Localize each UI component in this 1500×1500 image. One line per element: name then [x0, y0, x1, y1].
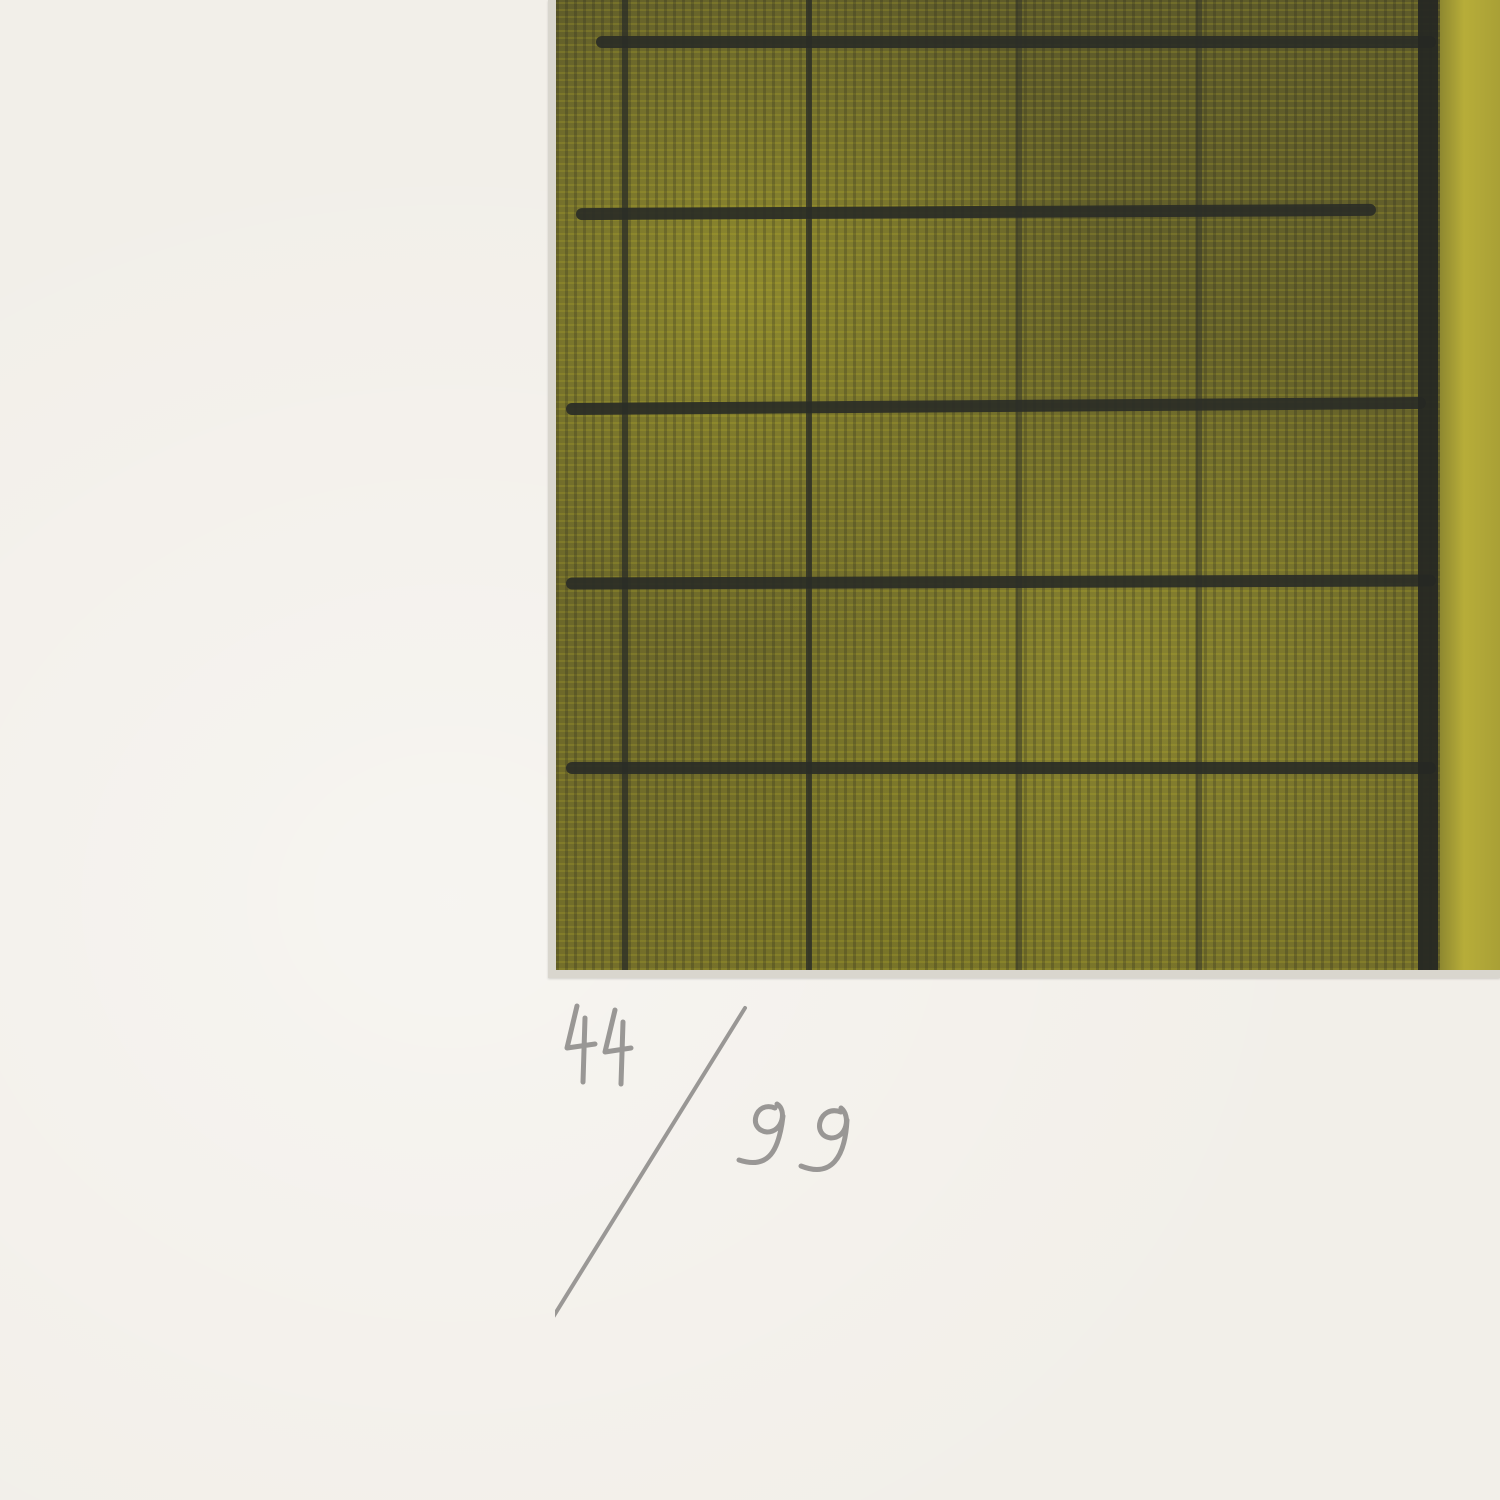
etching-plate-image	[556, 0, 1500, 970]
grid-line-horizontal	[566, 762, 1436, 774]
edition-number-pencil: 44/99	[555, 990, 875, 1350]
grid-line-vertical	[806, 0, 812, 970]
grid-line-vertical	[1016, 0, 1022, 970]
grid-line-vertical	[622, 0, 628, 970]
grid-line-vertical-thick	[1418, 0, 1438, 970]
grid-line-vertical	[1196, 0, 1202, 970]
yellow-right-panel	[1440, 0, 1500, 970]
ink-texture	[556, 0, 1500, 970]
